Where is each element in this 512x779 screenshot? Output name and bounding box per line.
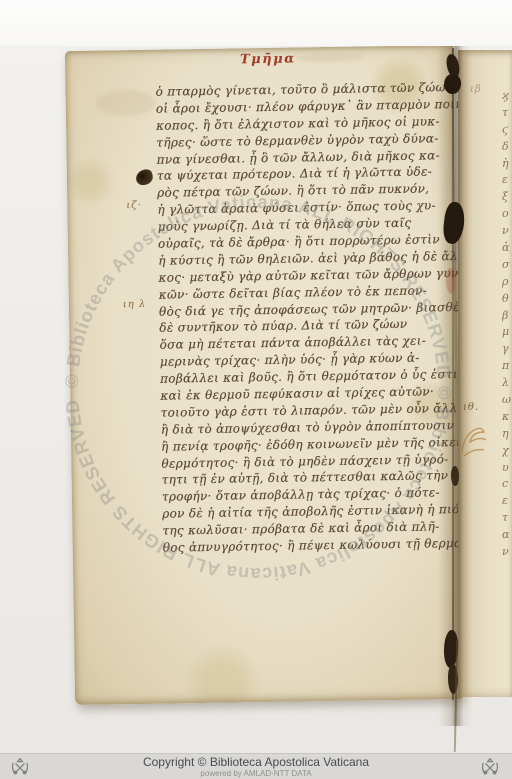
facing-page-edge-letter: τ <box>502 510 512 527</box>
chapter-number-18: ιη λ <box>123 299 147 310</box>
facing-page-edge-letter: ξ <box>502 189 512 206</box>
footer-powered-by: powered by AMLAD·NTT DATA <box>0 769 512 778</box>
binding-ink-blob <box>451 466 459 486</box>
facing-page-edge-letter: δ <box>502 139 512 156</box>
footer-text: Copyright © Biblioteca Apostolica Vatica… <box>0 756 512 778</box>
facing-page-edge-letter: χ <box>502 443 512 460</box>
facing-page-edge-letter: ε <box>502 172 512 189</box>
facing-page-edge-letter: η <box>502 426 512 443</box>
facing-page-text-edge: ϗτϛδἡεξονἀσρθβμγπλωκηχυϲεταν <box>502 88 512 561</box>
facing-page-edge-letter: σ <box>502 257 512 274</box>
facing-page-edge-letter: ο <box>502 206 512 223</box>
show-through-smudge <box>96 90 156 117</box>
digivatlib-scan-view: { "header": { "rubric_title": "Τμῆμα" },… <box>0 0 512 779</box>
facing-page-edge-letter: α <box>502 527 512 544</box>
manuscript-photo: Τμῆμα ιζ· ιη λ ὁ πταρμὸς γίνεται, τοῦτο … <box>0 46 512 753</box>
facing-page-edge-letter: ϲ <box>502 476 512 493</box>
show-through-smudge <box>295 52 365 62</box>
facing-page-edge-letter: θ <box>502 291 512 308</box>
facing-page-edge-letter: λ <box>502 375 512 392</box>
rubric-title: Τμῆμα <box>240 51 296 67</box>
chapter-number-17: ιζ· <box>126 200 142 211</box>
facing-page-edge-letter: κ <box>502 409 512 426</box>
facing-page-edge-letter: ρ <box>502 274 512 291</box>
facing-page-edge-letter: ε <box>502 493 512 510</box>
vatican-emblem-icon <box>479 756 501 778</box>
facing-page-edge-letter: ν <box>502 223 512 240</box>
facing-page-edge-letter: υ <box>502 460 512 477</box>
facing-page-edge-letter: ω <box>502 392 512 409</box>
footer-copyright: Copyright © Biblioteca Apostolica Vatica… <box>0 756 512 769</box>
facing-page-edge-letter: μ <box>502 324 512 341</box>
greek-text-column: ὁ πταρμὸς γίνεται, τοῦτο ὃ μάλιστα τῶν ζ… <box>155 79 448 556</box>
facing-page-edge-letter: ϗ <box>502 88 512 105</box>
footer-bar: Copyright © Biblioteca Apostolica Vatica… <box>0 753 512 779</box>
binding-crease <box>452 48 454 700</box>
facing-page-edge-letter: τ <box>502 105 512 122</box>
manuscript-page-verso: Τμῆμα ιζ· ιη λ ὁ πταρμὸς γίνεται, τοῦτο … <box>65 46 463 705</box>
facing-page-edge-letter: γ <box>502 341 512 358</box>
facing-page-edge-letter: ἀ <box>502 240 512 257</box>
facing-page-edge-letter: ν <box>502 544 512 561</box>
facing-page-edge-letter: ϛ <box>502 122 512 139</box>
facing-page-edge-letter: β <box>502 308 512 325</box>
facing-page-edge-letter: π <box>502 358 512 375</box>
manuscript-text-line: θος ἀπνυγρότητος· ἢ πέψει κωλύουσι τῇ θε… <box>163 535 449 556</box>
facing-page-edge-letter: ἡ <box>502 156 512 173</box>
ink-ornament <box>134 168 154 186</box>
binding-gutter <box>438 46 472 726</box>
photo-background-top <box>0 0 512 47</box>
binding-red-mark <box>446 268 455 294</box>
